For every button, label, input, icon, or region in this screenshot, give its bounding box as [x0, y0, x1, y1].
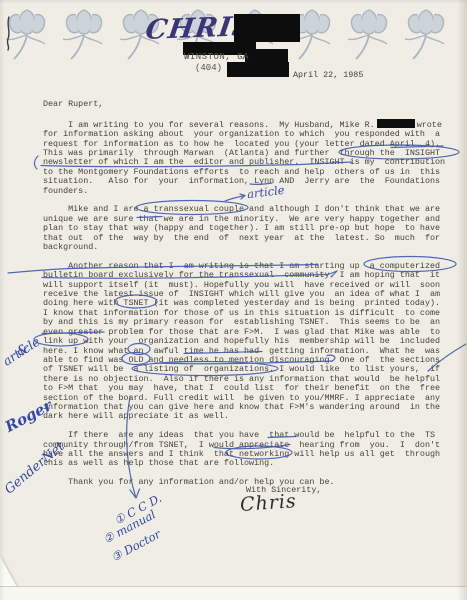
rose-icon [401, 6, 451, 67]
redaction-phone [227, 62, 289, 77]
scan-edge-left [0, 0, 5, 600]
redaction-surname-header [234, 14, 300, 42]
paragraph-4: If there are any ideas that you have tha… [43, 431, 458, 469]
scanned-letter-page: CHRIS WINSTON, GA (404) April 22, 1985 D… [0, 0, 467, 600]
paren-newsletter [34, 156, 38, 169]
redaction-address-2 [245, 49, 288, 63]
letter-body: Dear Rupert, I am writing to you for sev… [43, 100, 458, 488]
letterhead-area-code: (404) [195, 63, 222, 73]
signature: Chris [239, 490, 297, 516]
paragraph-2: Mike and I are a transsexual couple and … [43, 205, 458, 252]
paragraph-3: Another reason that I am writing is that… [43, 262, 458, 422]
letterhead-city: WINSTON, GA [184, 52, 249, 62]
rose-icon [59, 6, 109, 67]
rose-icon [344, 6, 394, 67]
letter-date: April 22, 1985 [293, 71, 363, 80]
scan-edge-right [457, 0, 467, 600]
redaction-surname-inline [377, 119, 415, 128]
salutation: Dear Rupert, [43, 100, 458, 109]
scan-edge-bottom [0, 586, 467, 600]
rose-icon [2, 6, 52, 67]
scan-edge-top [0, 0, 467, 4]
handwritten-note-article-margin: article [0, 334, 42, 369]
